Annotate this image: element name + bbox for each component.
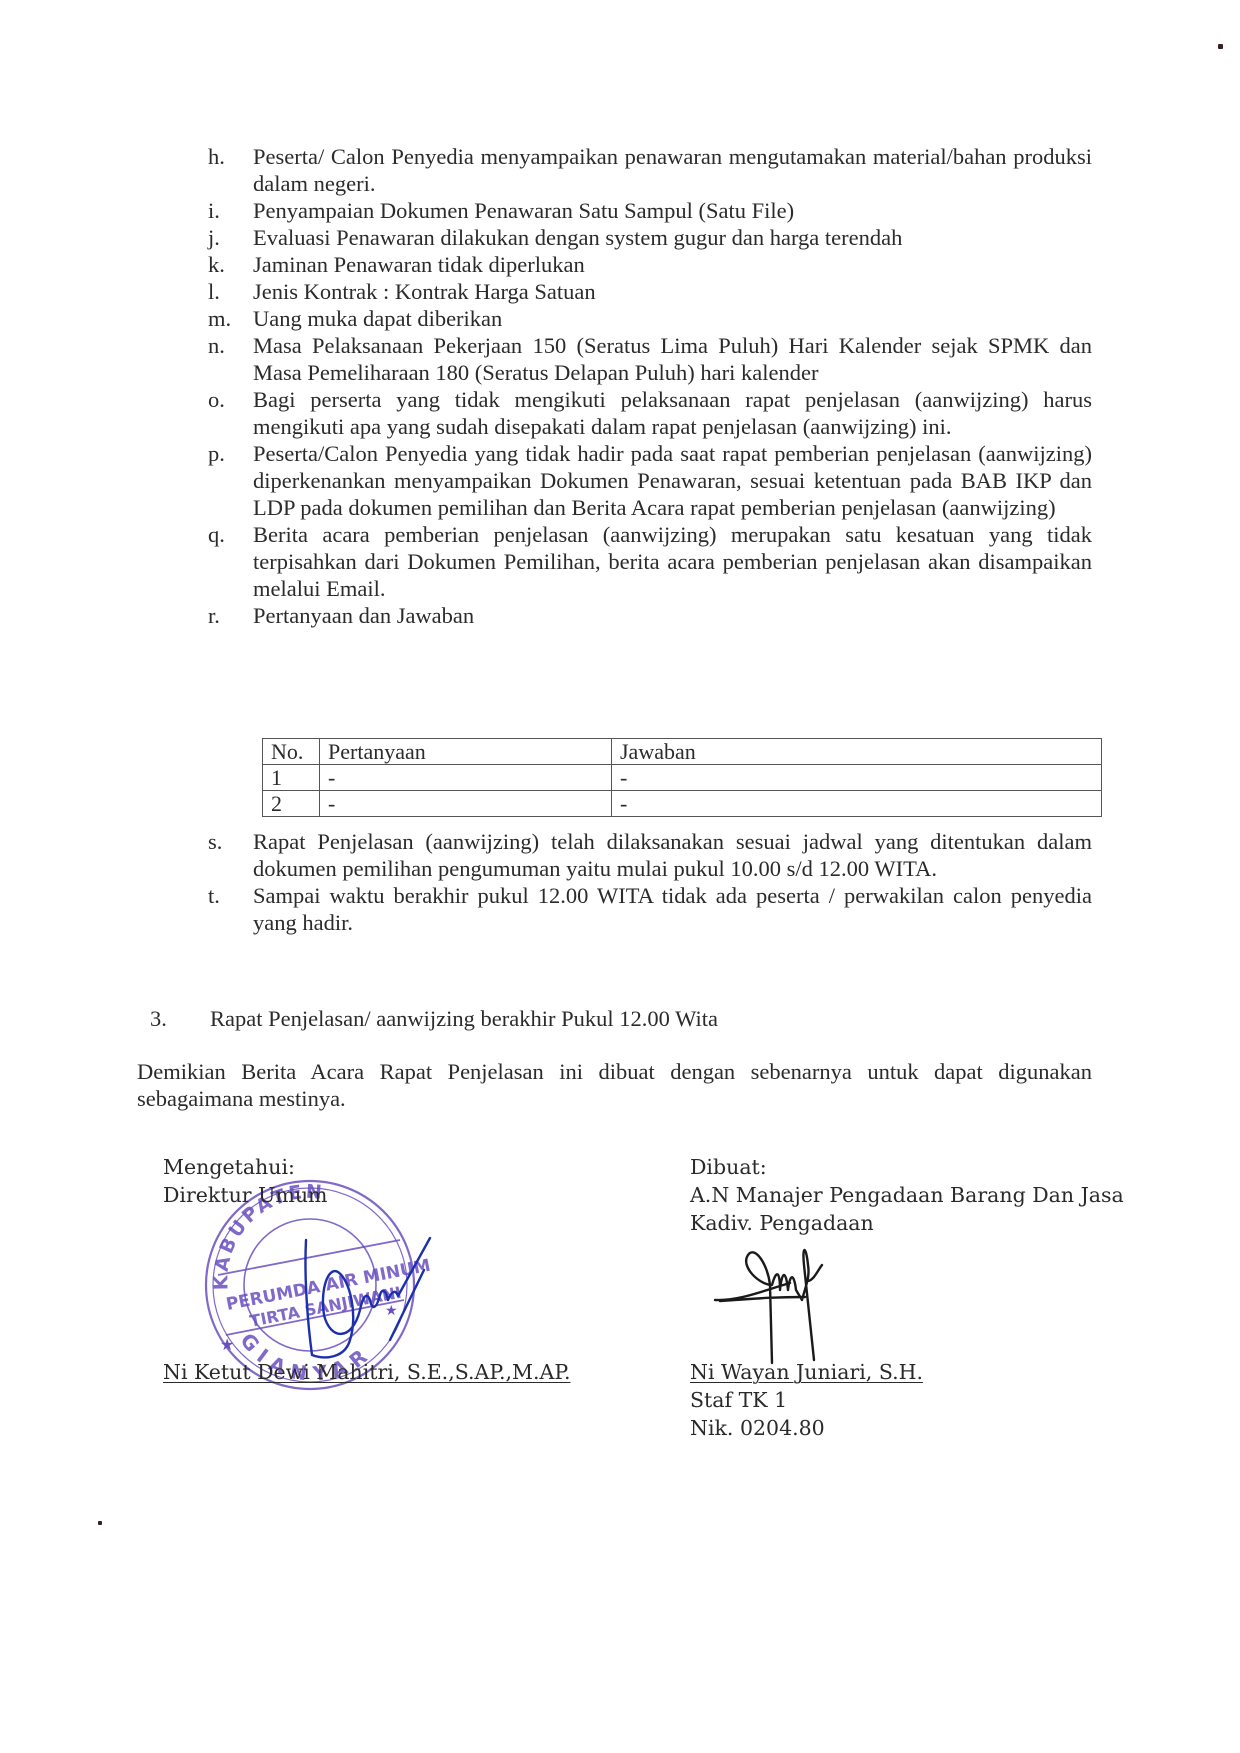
list-item-text: Penyampaian Dokumen Penawaran Satu Sampu… <box>253 197 1092 224</box>
list-item: o.Bagi perserta yang tidak mengikuti pel… <box>208 386 1092 440</box>
sig-right-line2: Kadiv. Pengadaan <box>690 1209 1124 1237</box>
qa-cell-no: 2 <box>263 791 320 817</box>
list-item: j.Evaluasi Penawaran dilakukan dengan sy… <box>208 224 1092 251</box>
list-item-text: Peserta/ Calon Penyedia menyampaikan pen… <box>253 143 1092 197</box>
list-item-text: Sampai waktu berakhir pukul 12.00 WITA t… <box>253 882 1092 936</box>
list-item: p.Peserta/Calon Penyedia yang tidak hadi… <box>208 440 1092 521</box>
list-item-text: Bagi perserta yang tidak mengikuti pelak… <box>253 386 1092 440</box>
list-item-marker: m. <box>208 305 253 332</box>
list-item: h.Peserta/ Calon Penyedia menyampaikan p… <box>208 143 1092 197</box>
sig-right-line1: A.N Manajer Pengadaan Barang Dan Jasa <box>690 1181 1124 1209</box>
list-item-text: Peserta/Calon Penyedia yang tidak hadir … <box>253 440 1092 521</box>
scan-speck <box>98 1521 102 1525</box>
list-item: m.Uang muka dapat diberikan <box>208 305 1092 332</box>
list-item-marker: n. <box>208 332 253 359</box>
requirements-list: h.Peserta/ Calon Penyedia menyampaikan p… <box>208 143 1092 629</box>
table-row: 2 - - <box>263 791 1102 817</box>
qa-cell-no: 1 <box>263 765 320 791</box>
list-item-text: Rapat Penjelasan (aanwijzing) telah dila… <box>253 828 1092 882</box>
scan-speck <box>1218 44 1223 49</box>
list-item-marker: p. <box>208 440 253 467</box>
point-3-marker: 3. <box>150 1005 210 1032</box>
list-item: k.Jaminan Penawaran tidak diperlukan <box>208 251 1092 278</box>
qa-cell-question: - <box>320 765 612 791</box>
list-item-text: Jenis Kontrak : Kontrak Harga Satuan <box>253 278 1092 305</box>
sig-left-name: Ni Ketut Dewi Mahitri, S.E.,S.AP.,M.AP. <box>163 1358 571 1386</box>
sig-right-details: Staf TK 1 Nik. 0204.80 <box>690 1386 825 1442</box>
qa-header-answer: Jawaban <box>612 739 1102 765</box>
point-3-text: Rapat Penjelasan/ aanwijzing berakhir Pu… <box>210 1005 718 1032</box>
list-item-text: Masa Pelaksanaan Pekerjaan 150 (Seratus … <box>253 332 1092 386</box>
sig-left-label: Mengetahui: <box>163 1153 327 1181</box>
sig-right-rank: Staf TK 1 <box>690 1386 825 1414</box>
list-item-marker: k. <box>208 251 253 278</box>
list-item-marker: q. <box>208 521 253 548</box>
list-item: r.Pertanyaan dan Jawaban <box>208 602 1092 629</box>
sig-left-position: Direktur Umum <box>163 1181 327 1209</box>
list-item: i.Penyampaian Dokumen Penawaran Satu Sam… <box>208 197 1092 224</box>
point-3: 3. Rapat Penjelasan/ aanwijzing berakhir… <box>150 1005 718 1032</box>
director-signature <box>290 1230 440 1365</box>
list-item: t.Sampai waktu berakhir pukul 12.00 WITA… <box>208 882 1092 936</box>
staff-signature <box>710 1245 860 1365</box>
list-item: l.Jenis Kontrak : Kontrak Harga Satuan <box>208 278 1092 305</box>
sig-right-name: Ni Wayan Juniari, S.H. <box>690 1358 923 1386</box>
list-item-marker: h. <box>208 143 253 170</box>
qa-table-header-row: No. Pertanyaan Jawaban <box>263 739 1102 765</box>
list-item-text: Evaluasi Penawaran dilakukan dengan syst… <box>253 224 1092 251</box>
qa-cell-question: - <box>320 791 612 817</box>
document-page: h.Peserta/ Calon Penyedia menyampaikan p… <box>0 0 1240 1753</box>
list-item-marker: r. <box>208 602 253 629</box>
table-row: 1 - - <box>263 765 1102 791</box>
sig-right-label: Dibuat: <box>690 1153 1124 1181</box>
qa-cell-answer: - <box>612 791 1102 817</box>
qa-header-no: No. <box>263 739 320 765</box>
list-item-marker: s. <box>208 828 253 855</box>
list-item-marker: t. <box>208 882 253 909</box>
qa-cell-answer: - <box>612 765 1102 791</box>
qa-header-question: Pertanyaan <box>320 739 612 765</box>
list-item: s.Rapat Penjelasan (aanwijzing) telah di… <box>208 828 1092 882</box>
sig-right-nik: Nik. 0204.80 <box>690 1414 825 1442</box>
signature-block-left: Mengetahui: Direktur Umum Ni Ketut Dewi … <box>163 1153 327 1209</box>
signature-block-right: Dibuat: A.N Manajer Pengadaan Barang Dan… <box>690 1153 1124 1237</box>
list-item-text: Uang muka dapat diberikan <box>253 305 1092 332</box>
qa-table: No. Pertanyaan Jawaban 1 - - 2 - - <box>262 738 1102 817</box>
meeting-notes-list: s.Rapat Penjelasan (aanwijzing) telah di… <box>208 828 1092 936</box>
list-item: q.Berita acara pemberian penjelasan (aan… <box>208 521 1092 602</box>
list-item-marker: o. <box>208 386 253 413</box>
list-item-marker: j. <box>208 224 253 251</box>
list-item-text: Berita acara pemberian penjelasan (aanwi… <box>253 521 1092 602</box>
list-item-marker: i. <box>208 197 253 224</box>
list-item-marker: l. <box>208 278 253 305</box>
seal-star-icon: ★ <box>220 1335 234 1354</box>
list-item-text: Pertanyaan dan Jawaban <box>253 602 1092 629</box>
list-item: n.Masa Pelaksanaan Pekerjaan 150 (Seratu… <box>208 332 1092 386</box>
list-item-text: Jaminan Penawaran tidak diperlukan <box>253 251 1092 278</box>
closing-paragraph: Demikian Berita Acara Rapat Penjelasan i… <box>137 1058 1092 1112</box>
